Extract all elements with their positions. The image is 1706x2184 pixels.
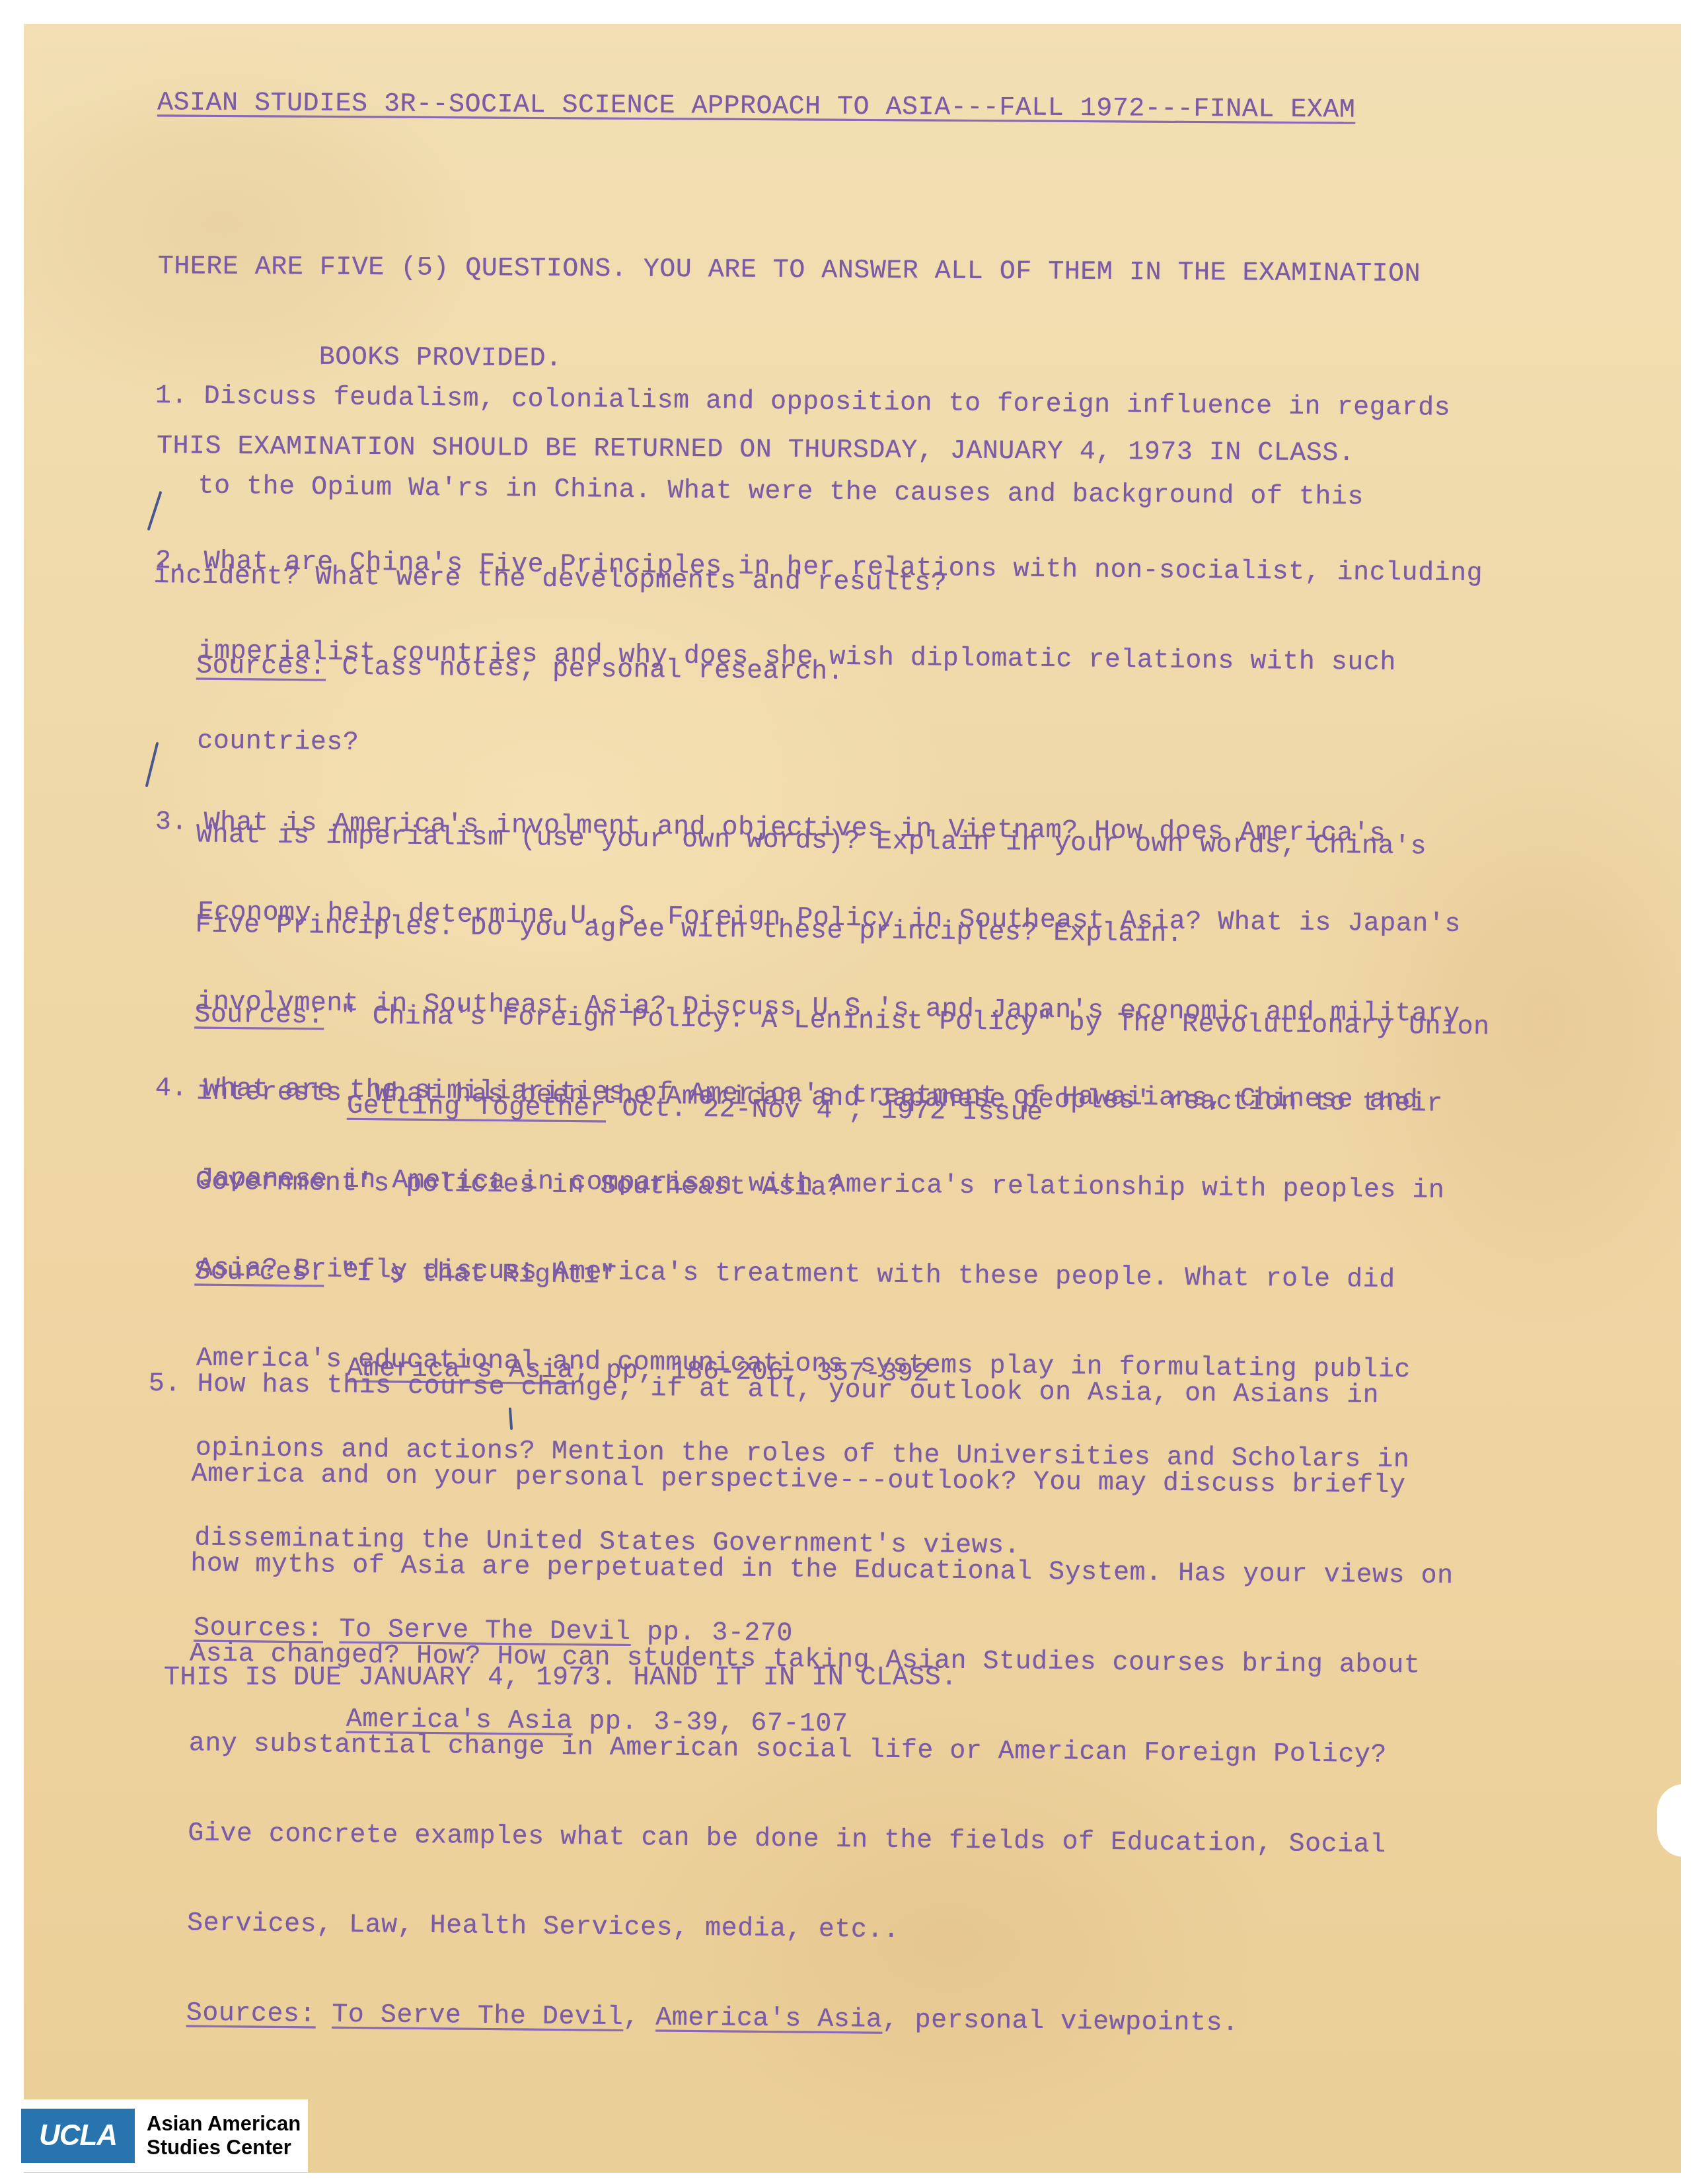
question-text-line: Give concrete examples what can be done … [144,1819,1451,1864]
source-separator: , [623,2003,655,2033]
question-text-line: How has this course change, if at all, y… [197,1370,1379,1411]
question-text-line: What is America's involment and objectiv… [204,808,1386,849]
question-text-line: What are the similiarities of America's … [204,1074,1418,1116]
logo-line-2: Studies Center [147,2136,301,2160]
question-number: 5. [149,1369,181,1399]
source-detail: , personal viewpoints. [882,2006,1239,2039]
question-number: 2. [155,546,188,576]
sources-label: Sources: [186,1999,316,2030]
question-text-line: imperialist countries and why does she w… [154,637,1493,681]
logo-wordmark: Asian American Studies Center [147,2112,301,2160]
question-text-line: Services, Law, Health Services, media, e… [143,1909,1450,1953]
question-text-line: Asia? Briefly discuss America's treatmen… [153,1254,1444,1299]
question-number: 3. [155,808,188,837]
question-number: 4. [155,1074,188,1104]
question-text-line: Japanese in America in comparison with A… [154,1164,1444,1209]
question-text-line: any substantial change in American socia… [145,1729,1452,1774]
due-date-note: THIS IS DUE JANUARY 4, 1973. HAND IT IN … [164,1664,957,1693]
ucla-aasc-logo: UCLA Asian American Studies Center [21,2099,308,2172]
question-number: 1. [155,381,188,411]
source-title: America's Asia [655,2003,882,2035]
question-text-line: America and on your personal perspective… [147,1460,1454,1504]
source-title: To Serve The Devil [332,2000,623,2033]
instructions-line-1: THERE ARE FIVE (5) QUESTIONS. YOU ARE TO… [158,252,1421,292]
question-text-line: how myths of Asia are perpetuated in the… [147,1550,1454,1594]
ucla-badge: UCLA [21,2109,135,2163]
question-text-line: Discuss feudalism, colonialism and oppos… [204,382,1450,424]
question-text-line: Economy help determine U. S. Foreign Pol… [154,898,1461,942]
logo-line-1: Asian American [147,2112,301,2136]
question-text-line: What are China's Five Principles in her … [204,547,1483,589]
